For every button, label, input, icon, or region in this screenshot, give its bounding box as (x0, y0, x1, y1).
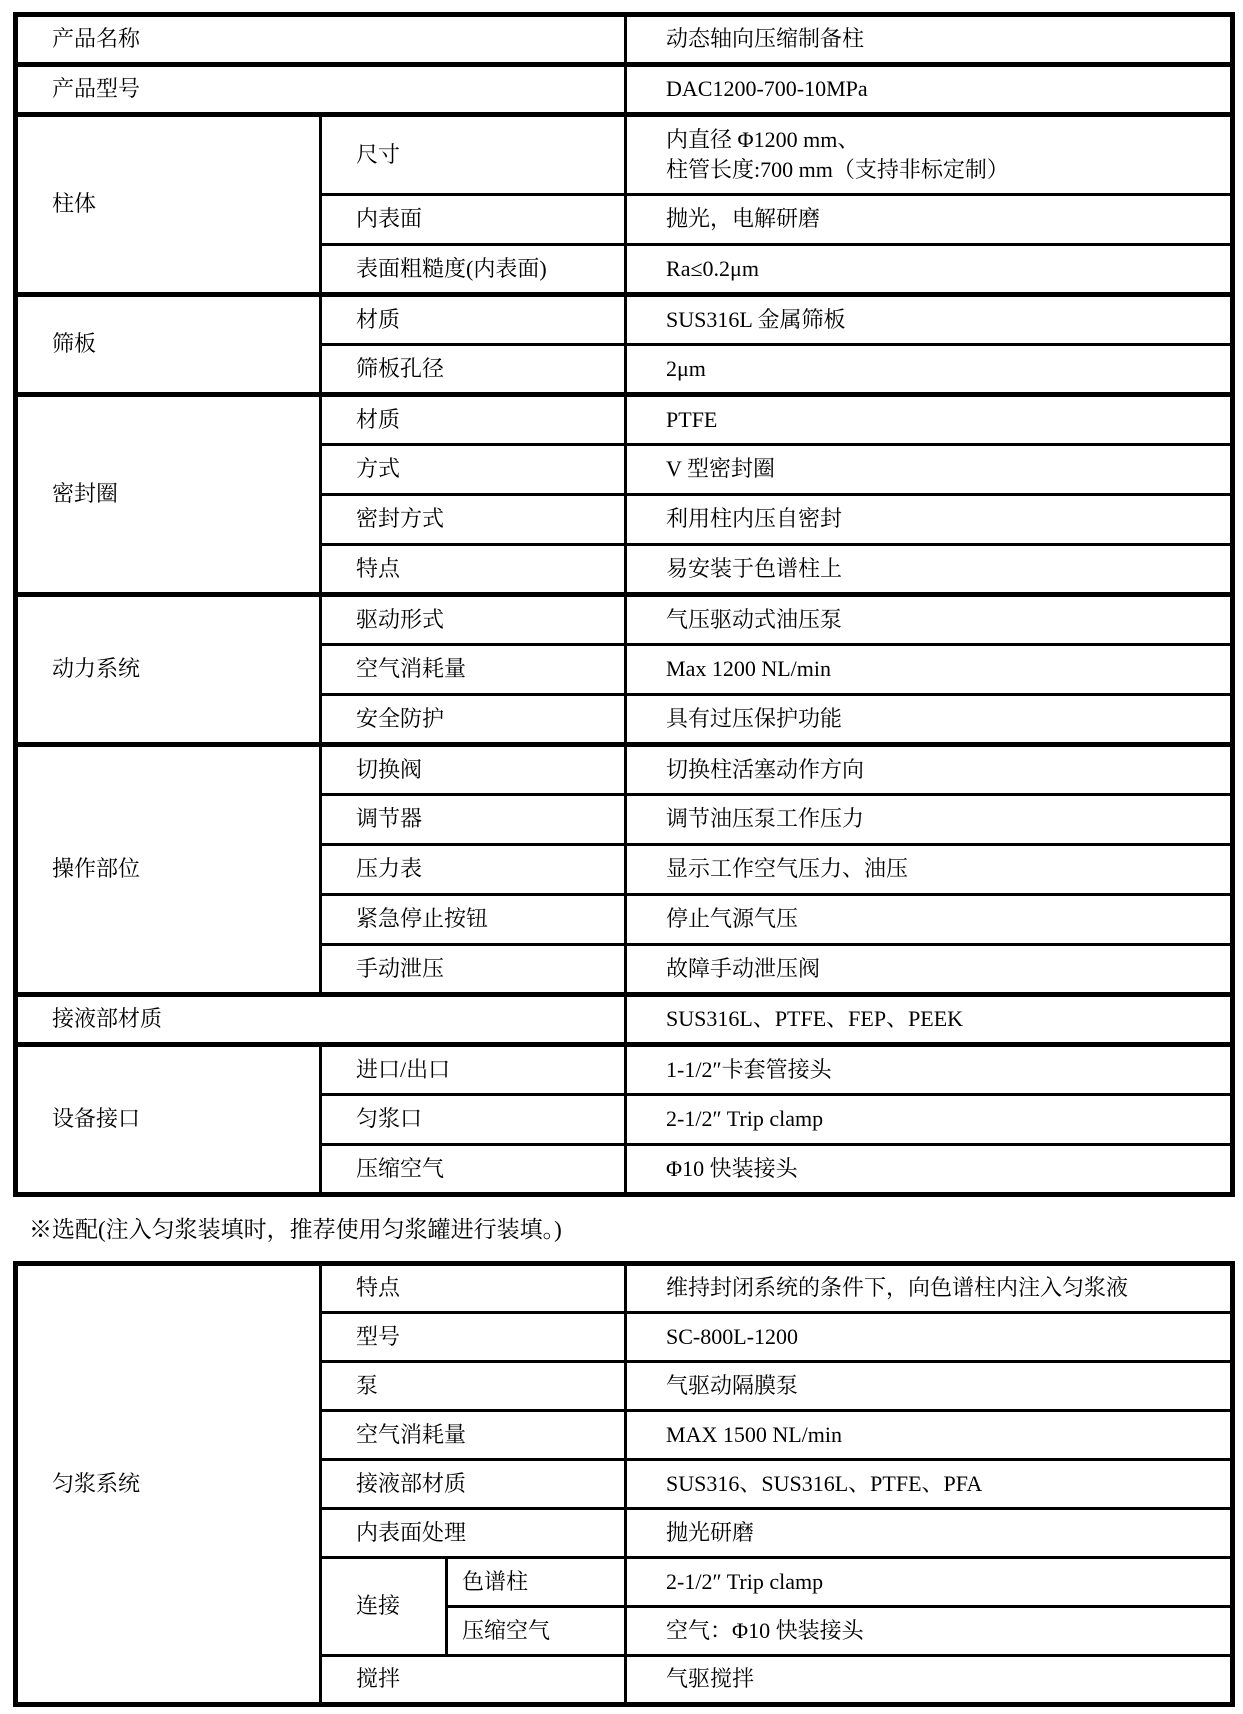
group-label-cell: 动力系统 (16, 595, 321, 745)
param-cell: 特点 (321, 1264, 626, 1313)
param-cell: 手动泄压 (321, 945, 626, 995)
param-cell: 尺寸 (321, 115, 626, 195)
value-cell: 切换柱活塞动作方向 (626, 745, 1233, 795)
value-cell: 抛光，电解研磨 (626, 195, 1233, 245)
value-cell: SC-800L-1200 (626, 1313, 1233, 1362)
document-page: 产品名称动态轴向压缩制备柱产品型号DAC1200-700-10MPa柱体尺寸内直… (0, 0, 1243, 1707)
param-cell: 安全防护 (321, 695, 626, 745)
group-label-cell: 操作部位 (16, 745, 321, 995)
param-cell: 进口/出口 (321, 1045, 626, 1095)
group-label-cell: 产品名称 (16, 15, 626, 65)
spec-row: 操作部位切换阀切换柱活塞动作方向 (16, 745, 1233, 795)
value-cell: 利用柱内压自密封 (626, 495, 1233, 545)
product-spec-table: 产品名称动态轴向压缩制备柱产品型号DAC1200-700-10MPa柱体尺寸内直… (13, 12, 1235, 1197)
spec-row: 匀浆系统特点维持封闭系统的条件下，向色谱柱内注入匀浆液 (16, 1264, 1233, 1313)
param-cell: 特点 (321, 545, 626, 595)
param-cell: 密封方式 (321, 495, 626, 545)
value-cell: 气压驱动式油压泵 (626, 595, 1233, 645)
param-cell: 搅拌 (321, 1656, 626, 1705)
value-cell: Max 1200 NL/min (626, 645, 1233, 695)
value-cell: 2-1/2″ Trip clamp (626, 1558, 1233, 1607)
group-label-cell: 接液部材质 (16, 995, 626, 1045)
value-cell: SUS316L 金属筛板 (626, 295, 1233, 345)
group-label-cell: 筛板 (16, 295, 321, 395)
spec-row: 密封圈材质PTFE (16, 395, 1233, 445)
param-cell: 内表面 (321, 195, 626, 245)
spec-row: 动力系统驱动形式气压驱动式油压泵 (16, 595, 1233, 645)
value-cell: Φ10 快装接头 (626, 1145, 1233, 1195)
value-cell: Ra≤0.2μm (626, 245, 1233, 295)
value-cell: 2-1/2″ Trip clamp (626, 1095, 1233, 1145)
param-cell: 压力表 (321, 845, 626, 895)
value-cell: V 型密封圈 (626, 445, 1233, 495)
param-cell: 泵 (321, 1362, 626, 1411)
value-cell: 2μm (626, 345, 1233, 395)
value-cell: PTFE (626, 395, 1233, 445)
param-cell: 切换阀 (321, 745, 626, 795)
value-cell: 抛光研磨 (626, 1509, 1233, 1558)
value-cell: 维持封闭系统的条件下，向色谱柱内注入匀浆液 (626, 1264, 1233, 1313)
param-cell: 空气消耗量 (321, 645, 626, 695)
value-cell: 空气：Φ10 快装接头 (626, 1607, 1233, 1656)
optional-config-table: 匀浆系统特点维持封闭系统的条件下，向色谱柱内注入匀浆液型号SC-800L-120… (13, 1261, 1235, 1707)
param-cell: 材质 (321, 295, 626, 345)
value-cell: 气驱搅拌 (626, 1656, 1233, 1705)
optional-note: ※选配(注入匀浆装填时，推荐使用匀浆罐进行装填。) (29, 1215, 1243, 1245)
spec-row: 筛板材质SUS316L 金属筛板 (16, 295, 1233, 345)
spec-row: 接液部材质SUS316L、PTFE、FEP、PEEK (16, 995, 1233, 1045)
value-cell: 调节油压泵工作压力 (626, 795, 1233, 845)
param-cell: 内表面处理 (321, 1509, 626, 1558)
value-line: 柱管长度:700 mm（支持非标定制） (666, 155, 1224, 185)
group-label-cell: 产品型号 (16, 65, 626, 115)
group-label-cell: 柱体 (16, 115, 321, 295)
param-cell: 匀浆口 (321, 1095, 626, 1145)
value-cell: 内直径 Φ1200 mm、柱管长度:700 mm（支持非标定制） (626, 115, 1233, 195)
param-cell: 方式 (321, 445, 626, 495)
param-cell: 材质 (321, 395, 626, 445)
value-cell: SUS316、SUS316L、PTFE、PFA (626, 1460, 1233, 1509)
param-cell: 空气消耗量 (321, 1411, 626, 1460)
value-cell: 具有过压保护功能 (626, 695, 1233, 745)
value-cell: MAX 1500 NL/min (626, 1411, 1233, 1460)
spec-row: 产品名称动态轴向压缩制备柱 (16, 15, 1233, 65)
sub-param-cell: 压缩空气 (447, 1607, 626, 1656)
spec-row: 设备接口进口/出口1-1/2″卡套管接头 (16, 1045, 1233, 1095)
param-cell: 型号 (321, 1313, 626, 1362)
param-cell: 接液部材质 (321, 1460, 626, 1509)
value-cell: 气驱动隔膜泵 (626, 1362, 1233, 1411)
param-cell: 压缩空气 (321, 1145, 626, 1195)
value-cell: SUS316L、PTFE、FEP、PEEK (626, 995, 1233, 1045)
group-label-cell: 匀浆系统 (16, 1264, 321, 1705)
value-cell: 显示工作空气压力、油压 (626, 845, 1233, 895)
param-cell: 筛板孔径 (321, 345, 626, 395)
value-cell: 停止气源气压 (626, 895, 1233, 945)
spec-row: 产品型号DAC1200-700-10MPa (16, 65, 1233, 115)
value-cell: 1-1/2″卡套管接头 (626, 1045, 1233, 1095)
value-cell: 故障手动泄压阀 (626, 945, 1233, 995)
group-label-cell: 设备接口 (16, 1045, 321, 1195)
param-cell: 表面粗糙度(内表面) (321, 245, 626, 295)
sub-param-cell: 色谱柱 (447, 1558, 626, 1607)
param-cell: 连接 (321, 1558, 447, 1656)
spec-row: 柱体尺寸内直径 Φ1200 mm、柱管长度:700 mm（支持非标定制） (16, 115, 1233, 195)
value-cell: DAC1200-700-10MPa (626, 65, 1233, 115)
value-cell: 易安装于色谱柱上 (626, 545, 1233, 595)
value-cell: 动态轴向压缩制备柱 (626, 15, 1233, 65)
group-label-cell: 密封圈 (16, 395, 321, 595)
param-cell: 驱动形式 (321, 595, 626, 645)
param-cell: 紧急停止按钮 (321, 895, 626, 945)
value-line: 内直径 Φ1200 mm、 (666, 125, 1224, 155)
param-cell: 调节器 (321, 795, 626, 845)
